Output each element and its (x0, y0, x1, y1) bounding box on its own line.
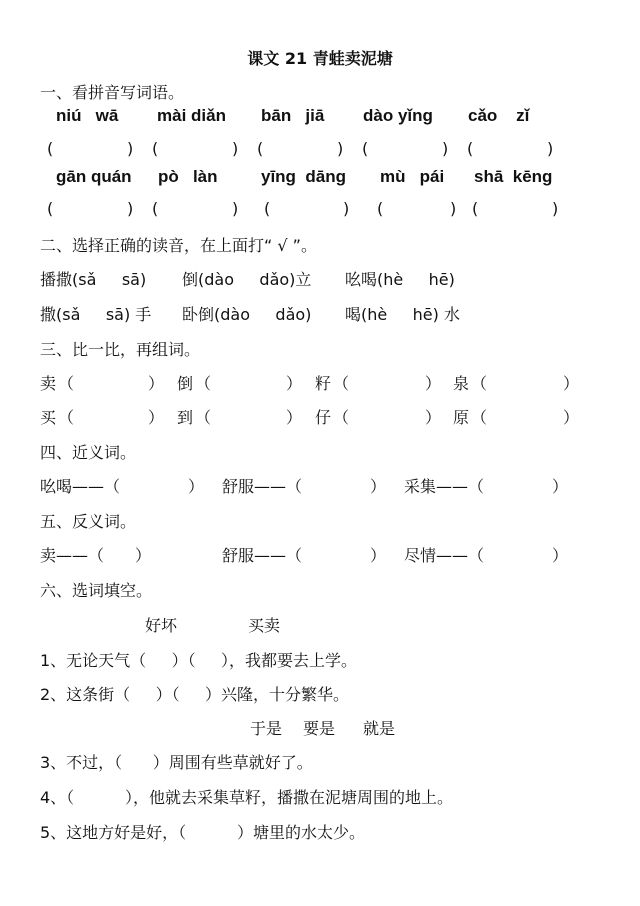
antonym-item: 舒服——（ (222, 543, 302, 566)
pinyin-1-1: niú wā (56, 106, 118, 126)
question-2: 2、这条街（ ）（ ）兴隆，十分繁华。 (40, 682, 349, 705)
paren-close: ) (442, 139, 448, 158)
paren-close: ） (135, 543, 151, 566)
question-4: 4、（ ），他就去采集草籽，播撒在泥塘周围的地上。 (40, 785, 453, 808)
section-5-heading: 五、反义词。 (40, 509, 136, 532)
pinyin-2-5: shā kēng (474, 167, 552, 187)
paren-close: ) (547, 139, 553, 158)
paren-close: ） (370, 474, 386, 497)
paren-close: ） (286, 405, 302, 428)
compare-char: 卖 (40, 371, 56, 394)
compare-char: 倒 (177, 371, 193, 394)
section-3-heading: 三、比一比，再组词。 (40, 337, 200, 360)
synonym-item: 舒服——（ (222, 474, 302, 497)
paren-open: （ (58, 405, 74, 428)
paren-close: ) (127, 139, 133, 158)
compare-char: 买 (40, 405, 56, 428)
section-2-heading: 二、选择正确的读音，在上面打“ √ ”。 (40, 233, 317, 256)
reading-item-6: 喝(hè hē) 水 (345, 302, 460, 325)
paren-close: ） (425, 371, 441, 394)
pinyin-2-1: gān quán (56, 167, 132, 187)
paren-close: ) (232, 139, 238, 158)
paren-open: （ (471, 405, 487, 428)
paren-close: ） (425, 405, 441, 428)
paren-close: ） (563, 371, 579, 394)
synonym-item: 采集——（ (404, 474, 484, 497)
paren-open: ( (467, 139, 473, 158)
paren-close: ) (232, 199, 238, 218)
paren-open: （ (195, 405, 211, 428)
word-choice-4: 要是 (303, 716, 335, 739)
paren-close: ) (337, 139, 343, 158)
paren-close: ） (370, 543, 386, 566)
paren-close: ) (343, 199, 349, 218)
compare-char: 籽 (315, 371, 331, 394)
compare-char: 到 (177, 405, 193, 428)
paren-open: ( (47, 199, 53, 218)
antonym-item: 卖——（ (40, 543, 104, 566)
section-4-heading: 四、近义词。 (40, 440, 136, 463)
paren-open: ( (264, 199, 270, 218)
question-5: 5、这地方好是好，（ ）塘里的水太少。 (40, 820, 365, 843)
word-choice-5: 就是 (363, 716, 395, 739)
reading-item-3: 吆喝(hè hē) (345, 267, 455, 290)
reading-item-4: 撒(sǎ sā) 手 (40, 302, 151, 325)
paren-close: ） (188, 474, 204, 497)
pinyin-2-4: mù pái (380, 167, 444, 187)
paren-close: ) (552, 199, 558, 218)
section-6-heading: 六、选词填空。 (40, 578, 152, 601)
paren-open: ( (377, 199, 383, 218)
pinyin-2-2: pò làn (158, 167, 218, 187)
synonym-item: 吆喝——（ (40, 474, 120, 497)
page-title: 课文 21 青蛙卖泥塘 (0, 46, 640, 69)
compare-char: 泉 (453, 371, 469, 394)
paren-close: ） (286, 371, 302, 394)
paren-open: ( (152, 139, 158, 158)
paren-open: ( (472, 199, 478, 218)
compare-char: 仔 (315, 405, 331, 428)
question-3: 3、不过，（ ）周围有些草就好了。 (40, 750, 313, 773)
pinyin-1-3: bān jiā (261, 106, 324, 126)
word-choice-2: 买卖 (248, 613, 280, 636)
reading-item-5: 卧倒(dào dǎo) (182, 302, 311, 325)
paren-close: ) (450, 199, 456, 218)
paren-close: ） (148, 371, 164, 394)
paren-open: （ (333, 371, 349, 394)
paren-open: （ (58, 371, 74, 394)
pinyin-1-5: cǎo zǐ (468, 106, 529, 126)
paren-open: ( (362, 139, 368, 158)
word-choice-1: 好坏 (145, 613, 177, 636)
paren-close: ） (148, 405, 164, 428)
question-1: 1、无论天气（ ）（ ），我都要去上学。 (40, 648, 357, 671)
reading-item-2: 倒(dào dǎo)立 (182, 267, 311, 290)
paren-open: （ (333, 405, 349, 428)
paren-close: ) (127, 199, 133, 218)
paren-open: ( (257, 139, 263, 158)
paren-open: ( (47, 139, 53, 158)
section-1-heading: 一、看拼音写词语。 (40, 80, 184, 103)
word-choice-3: 于是 (250, 716, 282, 739)
paren-close: ） (563, 405, 579, 428)
pinyin-1-2: mài diǎn (157, 106, 226, 126)
paren-open: （ (471, 371, 487, 394)
pinyin-2-3: yīng dāng (261, 167, 346, 187)
reading-item-1: 播撒(sǎ sā) (40, 267, 146, 290)
pinyin-1-4: dào yǐng (363, 106, 433, 126)
compare-char: 原 (453, 405, 469, 428)
paren-open: （ (195, 371, 211, 394)
paren-close: ） (552, 474, 568, 497)
paren-close: ） (552, 543, 568, 566)
antonym-item: 尽情——（ (404, 543, 484, 566)
paren-open: ( (152, 199, 158, 218)
